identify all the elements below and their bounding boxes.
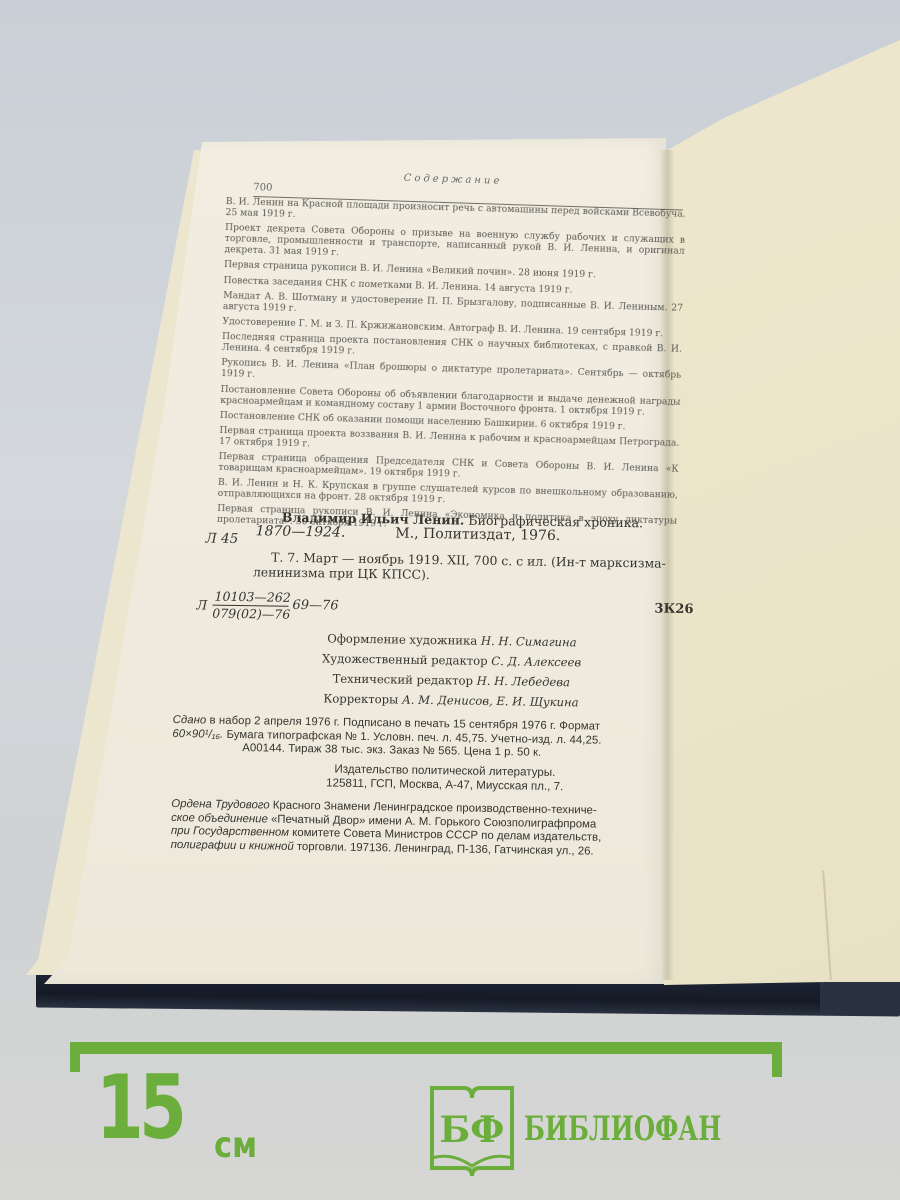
credit-role: Оформление художника (327, 631, 481, 647)
udc-code: Л 45 (205, 530, 238, 547)
index-denominator: 079(02)—76 (212, 606, 290, 623)
credit-role: Корректоры (323, 691, 402, 706)
printer-line-3-italic: при Государственном (171, 825, 289, 839)
bbk-code: 3К26 (654, 602, 693, 619)
svg-text:БФ: БФ (440, 1109, 505, 1151)
printer-line-2-italic: ское объединение (171, 812, 268, 826)
volume-line-2: ленинизма при ЦК КПСС). (253, 564, 430, 583)
catalog-index: Л 10103—262 079(02)—76 69—76 (196, 588, 397, 627)
open-book-logo-icon: БФ (428, 1084, 516, 1180)
scale-ruler-tick-left (70, 1042, 80, 1072)
printer-line-4-italic: полиграфии и книжной (171, 839, 294, 853)
credit-name: С. Д. Алексеев (491, 654, 581, 669)
photo-scene: 700 Содержание В. И. Ленин на Красной пл… (0, 0, 900, 1200)
credit-name: Н. Н. Симагина (481, 634, 577, 650)
scale-value: 15 (96, 1064, 182, 1152)
running-head-title: Содержание (404, 173, 503, 187)
tech-line-1-italic: Сдано (173, 714, 207, 727)
index-numerator: 10103—262 (214, 589, 290, 606)
scale-unit: см (214, 1128, 257, 1164)
technical-data: Сдано в набор 2 апреля 1976 г. Подписано… (172, 714, 719, 763)
scale-ruler-bar (70, 1042, 782, 1054)
tech-line-2-italic: 60×90¹/₁₆. (172, 727, 223, 740)
printer-info: Ордена Трудового Красного Знамени Ленинг… (171, 798, 732, 861)
credit-role: Технический редактор (333, 671, 477, 687)
brand-name: БИБЛИОФАН (524, 1112, 721, 1146)
credit-name: Н. Н. Лебедева (477, 674, 571, 689)
life-years: 1870—1924. (256, 523, 346, 540)
printer-line-1-italic: Ордена Трудового (171, 798, 269, 812)
credits-list: Оформление художника Н. Н. СимагинаХудож… (173, 626, 720, 715)
index-prefix: Л (196, 598, 207, 614)
contents-list: В. И. Ленин на Красной площади произноси… (217, 196, 686, 542)
page-number: 700 (253, 182, 272, 194)
index-suffix: 69—76 (292, 598, 338, 615)
credit-name: А. М. Денисов, Е. И. Щукина (402, 693, 579, 710)
credit-role: Художественный редактор (322, 651, 491, 668)
scale-ruler-tick-right (772, 1042, 782, 1077)
publisher-short: М., Политиздат, 1976. (395, 525, 560, 544)
